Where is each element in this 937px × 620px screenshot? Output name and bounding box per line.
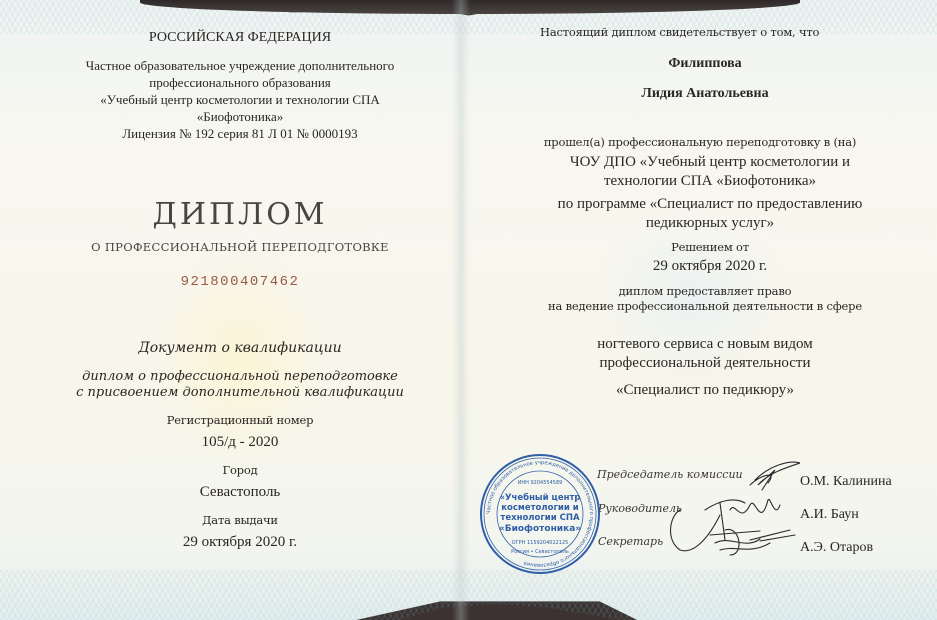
document-subtitle: О ПРОФЕССИОНАЛЬНОЙ ПЕРЕПОДГОТОВКЕ	[60, 240, 420, 254]
license-text: Лицензия № 192 серия 81 Л 01 № 0000193	[60, 126, 420, 142]
completed-text: прошел(а) профессиональную переподготовк…	[480, 135, 920, 149]
program-line: педикюрных услуг»	[500, 215, 920, 232]
serial-number: 921800407462	[60, 274, 420, 290]
issue-date: 29 октября 2020 г.	[60, 534, 420, 551]
reg-number: 105/д - 2020	[60, 434, 420, 451]
institution-line: «Биофотоника»	[60, 109, 420, 125]
qualification-awarded: «Специалист по педикюру»	[490, 382, 920, 399]
reg-number-label: Регистрационный номер	[60, 413, 420, 427]
issue-date-label: Дата выдачи	[60, 513, 420, 527]
holder-given-names: Лидия Анатольевна	[490, 86, 920, 102]
rights-line: на ведение профессиональной деятельности…	[490, 299, 920, 313]
stamp-line: косметологии и	[501, 503, 579, 513]
signatory-name: О.М. Калинина	[800, 474, 892, 490]
signatory-name: А.Э. Отаров	[800, 540, 873, 556]
organization-line: ЧОУ ДПО «Учебный центр косметологии и	[500, 154, 920, 171]
left-page: РОССИЙСКАЯ ФЕДЕРАЦИЯ Частное образовател…	[60, 0, 420, 620]
decision-label: Решением от	[500, 240, 920, 254]
signatory-name: А.И. Баун	[800, 507, 859, 523]
city: Севастополь	[60, 484, 420, 501]
stamp-line: «Учебный центр	[499, 492, 580, 503]
field-line: ногтевого сервиса с новым видом	[490, 336, 920, 353]
institution-line: Частное образовательное учреждение допол…	[60, 58, 420, 74]
document-title: ДИПЛОМ	[60, 197, 420, 232]
stamp-location: Россия • Севастополь	[511, 549, 569, 555]
decision-date: 29 октября 2020 г.	[500, 258, 920, 275]
signature-scribbles	[650, 455, 800, 565]
stamp-line: «Биофотоника»	[499, 524, 581, 534]
organization-line: технологии СПА «Биофотоника»	[500, 173, 920, 190]
qualification-line: с присвоением дополнительной квалификаци…	[60, 385, 420, 400]
program-line: по программе «Специалист по предоставлен…	[500, 196, 920, 213]
page-fold	[452, 0, 470, 620]
stamp-ogrn: ОГРН 1159204022125	[512, 540, 569, 546]
institution-line: «Учебный центр косметологии и технологии…	[60, 92, 420, 108]
country-name: РОССИЙСКАЯ ФЕДЕРАЦИЯ	[60, 30, 420, 46]
rights-line: диплом предоставляет право	[490, 284, 920, 298]
stamp-line: технологии СПА	[500, 513, 580, 523]
institution-line: профессионального образования	[60, 75, 420, 91]
holder-surname: Филиппова	[490, 56, 920, 72]
institution-stamp: Частное образовательное учреждение допол…	[478, 452, 602, 576]
qualification-heading: Документ о квалификации	[60, 340, 420, 356]
city-label: Город	[60, 463, 420, 477]
stamp-inn: ИНН 9204554589	[518, 480, 563, 486]
field-line: профессиональной деятельности	[490, 355, 920, 372]
intro-text: Настоящий диплом свидетельствует о том, …	[540, 25, 819, 39]
qualification-line: диплом о профессиональной переподготовке	[60, 369, 420, 384]
